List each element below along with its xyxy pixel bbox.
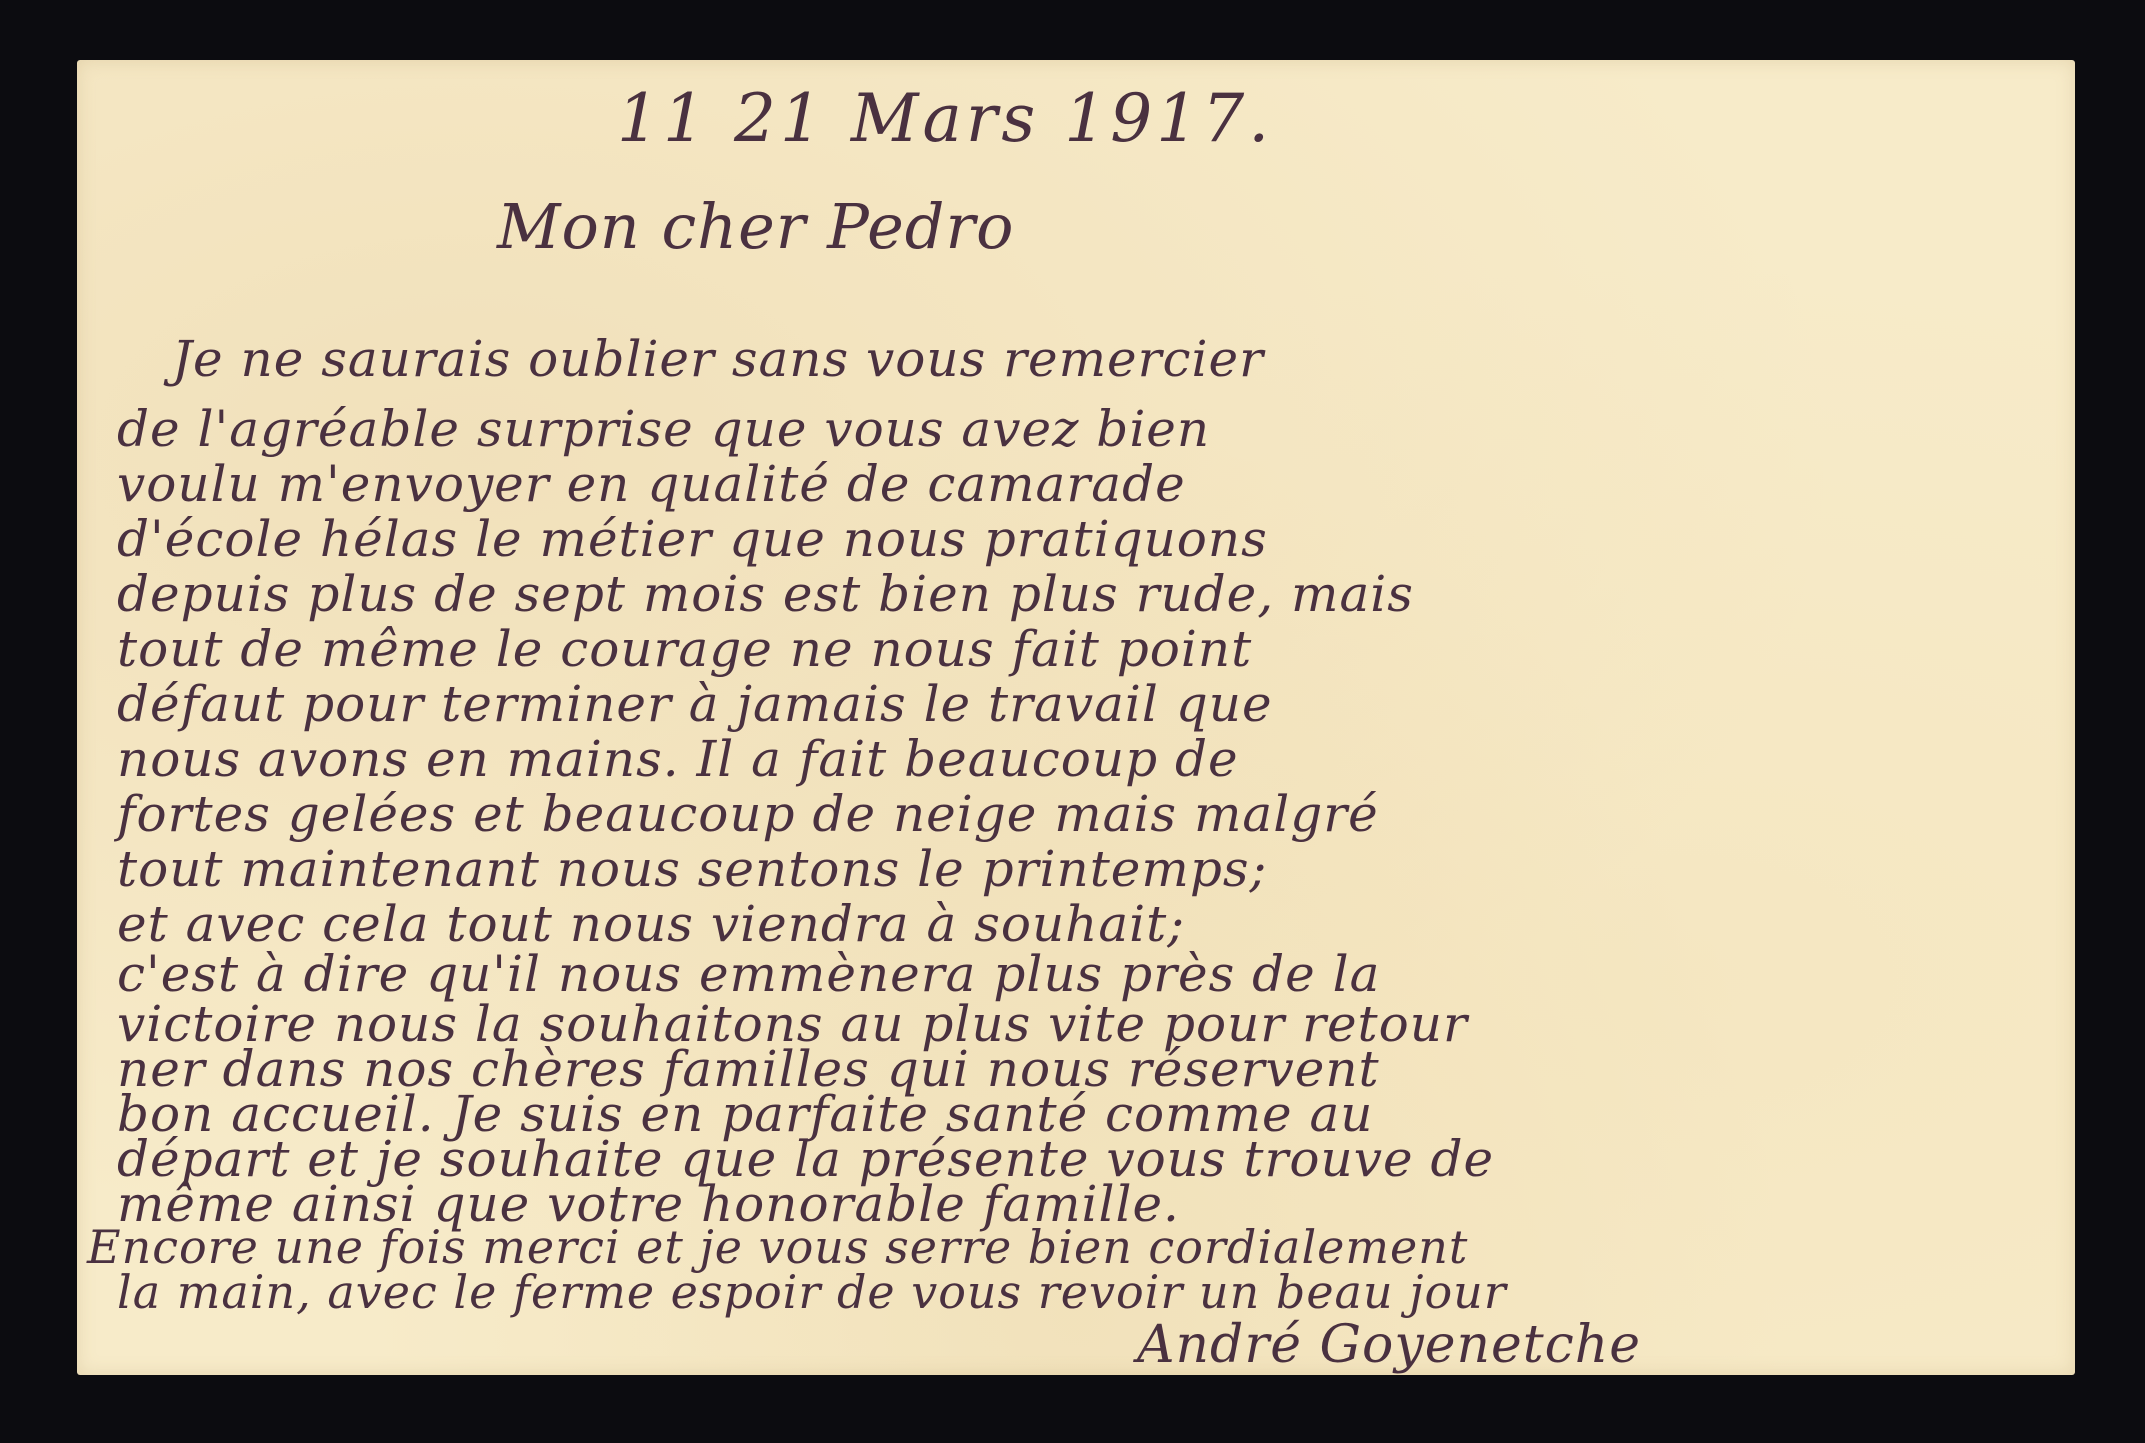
letter-line: voulu m'envoyer en qualité de camarade xyxy=(117,455,1186,513)
letter-line: tout de même le courage ne nous fait poi… xyxy=(117,620,1252,678)
letter-date: 11 21 Mars 1917. xyxy=(617,80,1273,157)
letter-signature: André Goyenetche xyxy=(1137,1315,1641,1375)
letter-line: la main, avec le ferme espoir de vous re… xyxy=(117,1265,1507,1319)
letter-line: d'école hélas le métier que nous pratiqu… xyxy=(117,510,1268,568)
letter-line: défaut pour terminer à jamais le travail… xyxy=(117,675,1273,733)
letter-line: Je ne saurais oublier sans vous remercie… xyxy=(172,330,1264,388)
letter-line: depuis plus de sept mois est bien plus r… xyxy=(117,565,1414,623)
letter-line: fortes gelées et beaucoup de neige mais … xyxy=(117,785,1379,843)
letter-salutation: Mon cher Pedro xyxy=(497,190,1014,263)
letter-line: nous avons en mains. Il a fait beaucoup … xyxy=(117,730,1239,788)
letter-line: tout maintenant nous sentons le printemp… xyxy=(117,840,1267,898)
letter-line: de l'agréable surprise que vous avez bie… xyxy=(117,400,1210,458)
postcard: 11 21 Mars 1917. Mon cher Pedro Je ne sa… xyxy=(77,60,2075,1375)
postcard-scan: 11 21 Mars 1917. Mon cher Pedro Je ne sa… xyxy=(0,0,2145,1443)
